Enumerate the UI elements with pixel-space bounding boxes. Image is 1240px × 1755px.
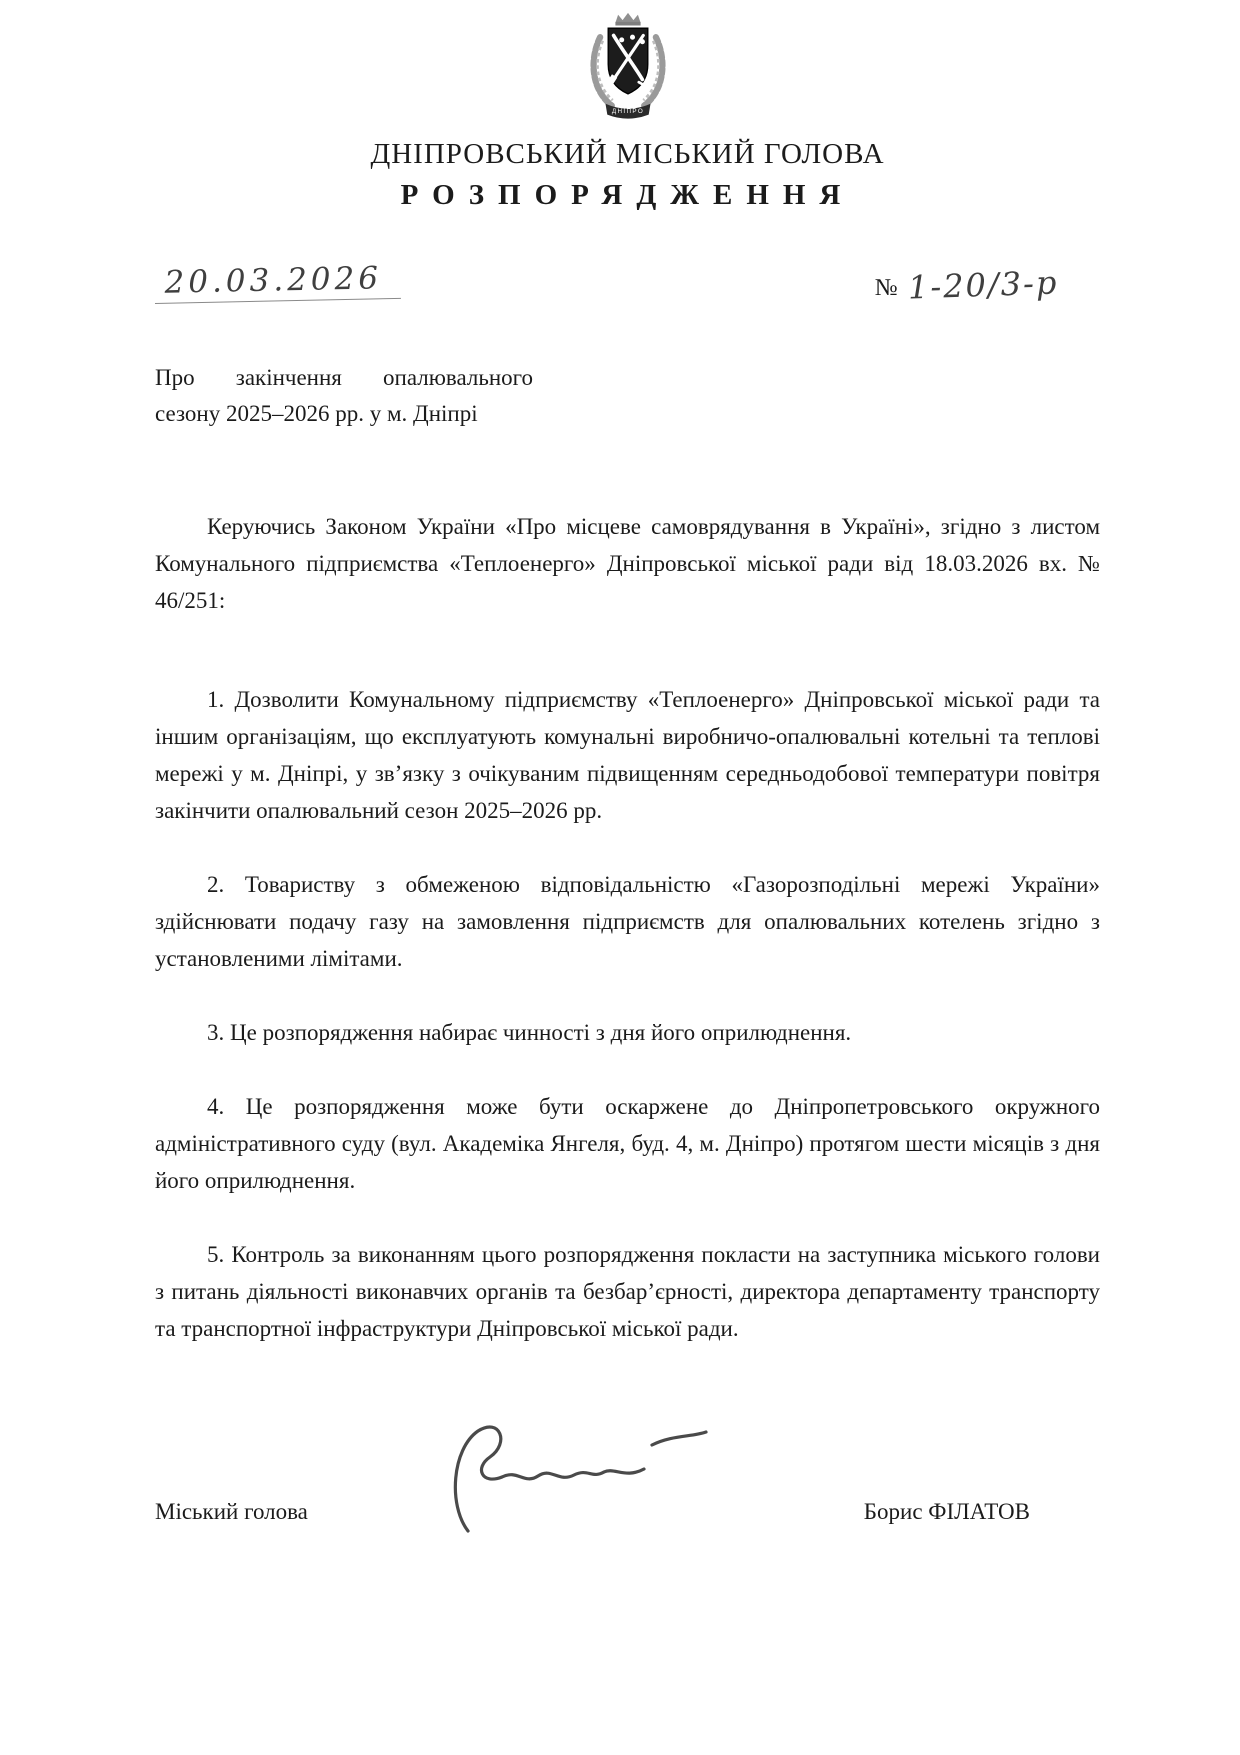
signer-name: Борис ФІЛАТОВ (864, 1497, 1030, 1527)
dnipro-coat-of-arms-icon: ДНІПРО (583, 10, 673, 122)
signature-row: Міський голова Борис ФІЛАТОВ (155, 1497, 1100, 1527)
item-paragraph-4: 4. Це розпорядження може бути оскаржене … (155, 1088, 1100, 1199)
number-sign-label: № (875, 275, 898, 304)
org-title: ДНІПРОВСЬКИЙ МІСЬКИЙ ГОЛОВА (155, 138, 1100, 171)
signature-image (430, 1419, 730, 1539)
subject-line-1: Про закінчення опалювального (155, 360, 533, 396)
emblem-banner-text: ДНІПРО (611, 108, 643, 115)
document-type-title: РОЗПОРЯДЖЕННЯ (155, 179, 1100, 212)
preamble-paragraph: Керуючись Законом України «Про місцеве с… (155, 508, 1100, 619)
item-paragraph-2: 2. Товариству з обмеженою відповідальніс… (155, 866, 1100, 977)
document-body: Керуючись Законом України «Про місцеве с… (155, 508, 1100, 1347)
item-paragraph-3: 3. Це розпорядження набирає чинності з д… (155, 1014, 1100, 1051)
item-paragraph-1: 1. Дозволити Комунальному підприємству «… (155, 681, 1100, 829)
signer-position: Міський голова (155, 1497, 308, 1527)
handwritten-date: 20.03.2026 (154, 260, 400, 304)
handwritten-number: 1-20/3-р (907, 263, 1059, 306)
emblem: ДНІПРО (155, 10, 1100, 122)
item-paragraph-5: 5. Контроль за виконанням цього розпоряд… (155, 1236, 1100, 1347)
document-page: ДНІПРО ДНІПРОВСЬКИЙ МІСЬКИЙ ГОЛОВА РОЗПО… (0, 0, 1240, 1755)
subject-block: Про закінчення опалювального сезону 2025… (155, 360, 533, 432)
meta-row: 20.03.2026 № 1-20/3-р (155, 258, 1100, 304)
document-number: № 1-20/3-р (875, 266, 1058, 304)
subject-line-2: сезону 2025–2026 рр. у м. Дніпрі (155, 396, 533, 432)
